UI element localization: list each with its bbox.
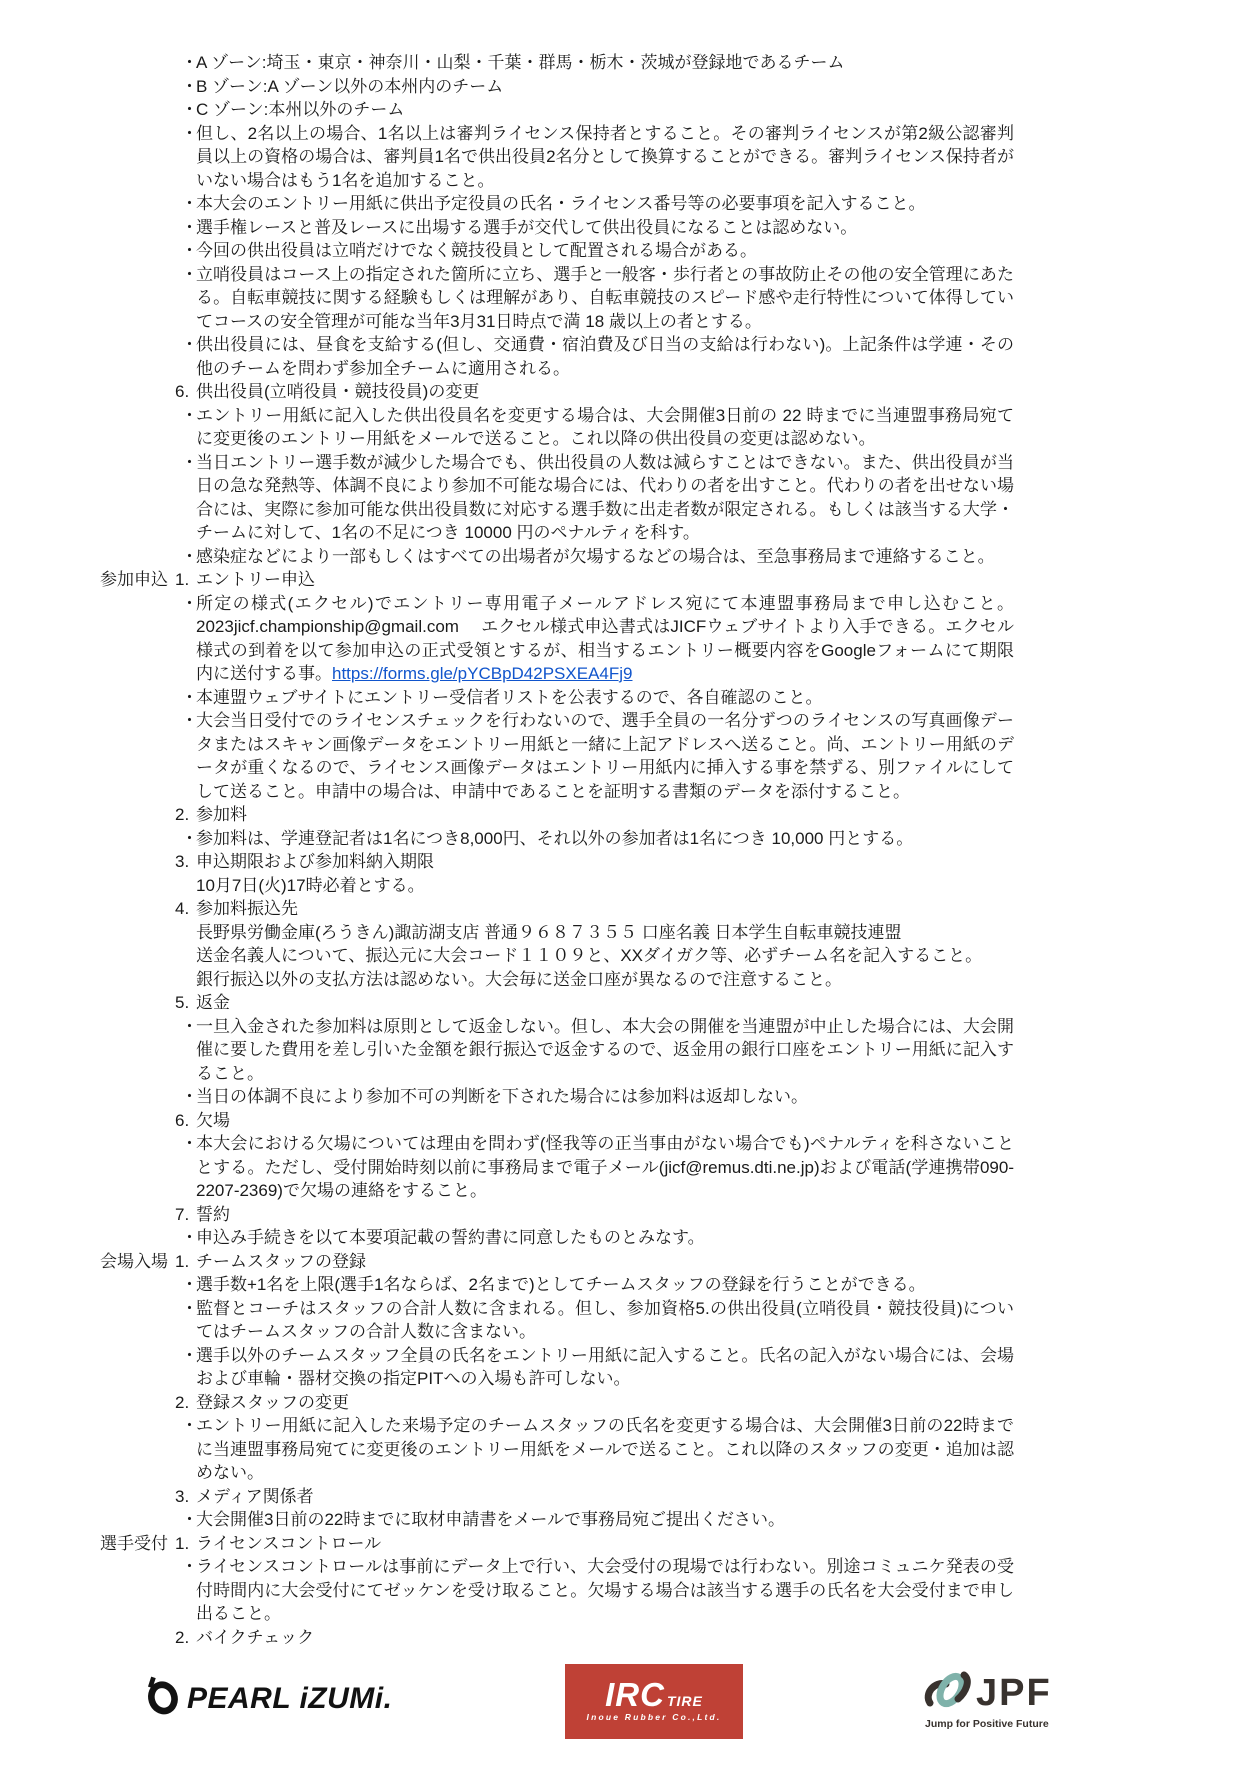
paragraph-text: 参加料振込先 — [196, 899, 298, 918]
paragraph-text: 今回の供出役員は立哨だけでなく競技役員として配置される場合がある。 — [196, 241, 757, 260]
bullet-marker: ・ — [181, 1132, 198, 1156]
text-run: 監督とコーチはスタッフの合計人数に含まれる。但し、参加資格5.の供出役員(立哨役… — [196, 1299, 1014, 1342]
paragraph: ・本大会のエントリー用紙に供出予定役員の氏名・ライセンス番号等の必要事項を記入す… — [196, 192, 1014, 216]
text-run: 登録スタッフの変更 — [196, 1393, 349, 1412]
paragraph-text: 一旦入金された参加料は原則として返金しない。但し、本大会の開催を当連盟が中止した… — [196, 1017, 1014, 1083]
paragraph-text: エントリー用紙に記入した供出役員名を変更する場合は、大会開催3日前の 22 時ま… — [196, 406, 1014, 449]
paragraph-text: A ゾーン:埼玉・東京・神奈川・山梨・千葉・群馬・栃木・茨城が登録地であるチーム — [196, 53, 845, 72]
list-number: 4. — [175, 897, 189, 921]
text-run: エントリー用紙に記入した来場予定のチームスタッフの氏名を変更する場合は、大会開催… — [196, 1416, 1014, 1482]
bullet-marker: ・ — [181, 75, 198, 99]
text-run: A ゾーン:埼玉・東京・神奈川・山梨・千葉・群馬・栃木・茨城が登録地であるチーム — [196, 53, 845, 72]
irc-tire-logo: IRC TIRE Inoue Rubber Co.,Ltd. — [565, 1664, 743, 1739]
paragraph: 10月7日(火)17時必着とする。 — [196, 874, 1014, 898]
list-number: 1. — [175, 568, 189, 592]
text-run: 感染症などにより一部もしくはすべての出場者が欠場するなどの場合は、至急事務局まで… — [196, 547, 995, 566]
paragraph-text: 感染症などにより一部もしくはすべての出場者が欠場するなどの場合は、至急事務局まで… — [196, 547, 995, 566]
paragraph-text: 監督とコーチはスタッフの合計人数に含まれる。但し、参加資格5.の供出役員(立哨役… — [196, 1299, 1014, 1342]
paragraph: ・選手以外のチームスタッフ全員の氏名をエントリー用紙に記入すること。氏名の記入が… — [196, 1344, 1014, 1391]
text-run: エントリー申込 — [196, 570, 315, 589]
paragraph: ・所定の様式(エクセル)でエントリー専用電子メールアドレス宛にて本連盟事務局まで… — [196, 592, 1014, 686]
bullet-marker: ・ — [181, 122, 198, 146]
text-run: メディア関係者 — [196, 1487, 314, 1506]
paragraph: 選手受付1.ライセンスコントロール — [196, 1532, 1014, 1556]
paragraph-text: 選手権レースと普及レースに出場する選手が交代して供出役員になることは認めない。 — [196, 218, 857, 237]
bullet-marker: ・ — [181, 545, 198, 569]
list-number: 3. — [175, 1485, 189, 1509]
bullet-marker: ・ — [181, 709, 198, 733]
text-run: 10月7日(火)17時必着とする。 — [196, 876, 425, 895]
text-run: C ゾーン:本州以外のチーム — [196, 100, 404, 119]
text-run: 申込期限および参加料納入期限 — [196, 852, 434, 871]
paragraph: ・A ゾーン:埼玉・東京・神奈川・山梨・千葉・群馬・栃木・茨城が登録地であるチー… — [196, 51, 1014, 75]
bullet-marker: ・ — [181, 1555, 198, 1579]
paragraph: ・但し、2名以上の場合、1名以上は審判ライセンス保持者とすること。その審判ライセ… — [196, 122, 1014, 193]
paragraph-text: ライセンスコントロール — [196, 1534, 381, 1553]
margin-section-label: 参加申込 — [100, 568, 168, 592]
text-run: 大会当日受付でのライセンスチェックを行わないので、選手全員の一名分ずつのライセン… — [196, 711, 1014, 801]
bullet-marker: ・ — [181, 1297, 198, 1321]
paragraph: 2.バイクチェック — [196, 1626, 1014, 1650]
jpf-text: JPF — [976, 1673, 1052, 1713]
list-number: 2. — [175, 803, 189, 827]
text-run: ライセンスコントロールは事前にデータ上で行い、大会受付の現場では行わない。別途コ… — [196, 1557, 1014, 1623]
text-run: ライセンスコントロール — [196, 1534, 381, 1553]
paragraph: 3.申込期限および参加料納入期限 — [196, 850, 1014, 874]
margin-section-label: 選手受付 — [100, 1532, 168, 1556]
paragraph-text: 返金 — [196, 993, 230, 1012]
pearl-izumi-logo: PEARL iZUMi. — [143, 1676, 392, 1721]
paragraph: 6.欠場 — [196, 1109, 1014, 1133]
text-run: 供出役員には、昼食を支給する(但し、交通費・宿泊費及び日当の支給は行わない)。上… — [196, 335, 1014, 378]
margin-section-label: 会場入場 — [100, 1250, 168, 1274]
bullet-marker: ・ — [181, 1273, 198, 1297]
list-number: 1. — [175, 1532, 189, 1556]
irc-wordmark: IRC TIRE — [605, 1681, 703, 1709]
irc-company-text: Inoue Rubber Co.,Ltd. — [587, 1712, 722, 1722]
paragraph-text: バイクチェック — [196, 1628, 314, 1647]
bullet-marker: ・ — [181, 686, 198, 710]
paragraph: ・エントリー用紙に記入した来場予定のチームスタッフの氏名を変更する場合は、大会開… — [196, 1414, 1014, 1485]
paragraph-text: 参加料 — [196, 805, 247, 824]
paragraph-text: 長野県労働金庫(ろうきん)諏訪湖支店 普通９６８７３５５ 口座名義 日本学生自転… — [196, 923, 902, 942]
paragraph-text: 申込み手続きを以て本要項記載の誓約書に同意したものとみなす。 — [196, 1228, 705, 1247]
list-number: 5. — [175, 991, 189, 1015]
bullet-marker: ・ — [181, 1508, 198, 1532]
paragraph-text: メディア関係者 — [196, 1487, 314, 1506]
paragraph: 銀行振込以外の支払方法は認めない。大会毎に送金口座が異なるので注意すること。 — [196, 968, 1014, 992]
paragraph-text: 送金名義人について、振込元に大会コード１１０９と、XXダイガク等、必ずチーム名を… — [196, 946, 982, 965]
jpf-tagline: Jump for Positive Future — [925, 1718, 1049, 1730]
text-run: 送金名義人について、振込元に大会コード１１０９と、XXダイガク等、必ずチーム名を… — [196, 946, 982, 965]
paragraph-text: C ゾーン:本州以外のチーム — [196, 100, 404, 119]
paragraph-text: 供出役員(立哨役員・競技役員)の変更 — [196, 382, 479, 401]
paragraph-text: 当日の体調不良により参加不可の判断を下された場合には参加料は返却しない。 — [196, 1087, 808, 1106]
paragraph-text: 欠場 — [196, 1111, 230, 1130]
list-number: 1. — [175, 1250, 189, 1274]
bullet-marker: ・ — [181, 1015, 198, 1039]
paragraph: ・一旦入金された参加料は原則として返金しない。但し、本大会の開催を当連盟が中止し… — [196, 1015, 1014, 1086]
paragraph-text: 誓約 — [196, 1205, 230, 1224]
text-run: エントリー用紙に記入した供出役員名を変更する場合は、大会開催3日前の 22 時ま… — [196, 406, 1014, 449]
paragraph-text: 銀行振込以外の支払方法は認めない。大会毎に送金口座が異なるので注意すること。 — [196, 970, 842, 989]
paragraph-text: 但し、2名以上の場合、1名以上は審判ライセンス保持者とすること。その審判ライセン… — [196, 124, 1014, 190]
paragraph-text: 本大会における欠場については理由を問わず(怪我等の正当事由がない場合でも)ペナル… — [196, 1134, 1014, 1200]
text-run: 長野県労働金庫(ろうきん)諏訪湖支店 普通９６８７３５５ 口座名義 日本学生自転… — [196, 923, 902, 942]
bullet-marker: ・ — [181, 216, 198, 240]
text-run: 銀行振込以外の支払方法は認めない。大会毎に送金口座が異なるので注意すること。 — [196, 970, 842, 989]
jpf-wordmark-row: JPF — [922, 1668, 1052, 1717]
text-run: 選手数+1名を上限(選手1名ならば、2名まで)としてチームスタッフの登録を行うこ… — [196, 1275, 926, 1294]
bullet-marker: ・ — [181, 404, 198, 428]
list-number: 3. — [175, 850, 189, 874]
paragraph: 2.登録スタッフの変更 — [196, 1391, 1014, 1415]
text-run: チームスタッフの登録 — [196, 1252, 366, 1271]
paragraph: ・当日の体調不良により参加不可の判断を下された場合には参加料は返却しない。 — [196, 1085, 1014, 1109]
paragraph-text: 申込期限および参加料納入期限 — [196, 852, 434, 871]
text-run: 参加料振込先 — [196, 899, 298, 918]
text-run: B ゾーン:A ゾーン以外の本州内のチーム — [196, 77, 503, 96]
paragraph: ・参加料は、学連登記者は1名につき8,000円、それ以外の参加者は1名につき 1… — [196, 827, 1014, 851]
text-run: 選手以外のチームスタッフ全員の氏名をエントリー用紙に記入すること。氏名の記入がな… — [196, 1346, 1014, 1389]
document-body: ・A ゾーン:埼玉・東京・神奈川・山梨・千葉・群馬・栃木・茨城が登録地であるチー… — [196, 51, 1014, 1649]
list-number: 6. — [175, 380, 189, 404]
paragraph-text: 大会当日受付でのライセンスチェックを行わないので、選手全員の一名分ずつのライセン… — [196, 711, 1014, 801]
paragraph-text: 選手以外のチームスタッフ全員の氏名をエントリー用紙に記入すること。氏名の記入がな… — [196, 1346, 1014, 1389]
list-number: 2. — [175, 1391, 189, 1415]
paragraph-text: 本大会のエントリー用紙に供出予定役員の氏名・ライセンス番号等の必要事項を記入する… — [196, 194, 925, 213]
paragraph-text: 本連盟ウェブサイトにエントリー受信者リストを公表するので、各自確認のこと。 — [196, 688, 822, 707]
text-run: 供出役員(立哨役員・競技役員)の変更 — [196, 382, 479, 401]
bullet-marker: ・ — [181, 1414, 198, 1438]
bullet-marker: ・ — [181, 51, 198, 75]
pearl-izumi-wordmark: PEARL iZUMi. — [187, 1682, 392, 1716]
bullet-marker: ・ — [181, 1226, 198, 1250]
paragraph-text: 登録スタッフの変更 — [196, 1393, 349, 1412]
bullet-marker: ・ — [181, 333, 198, 357]
pearl-izumi-icon — [143, 1676, 181, 1721]
paragraph: 4.参加料振込先 — [196, 897, 1014, 921]
paragraph-text: B ゾーン:A ゾーン以外の本州内のチーム — [196, 77, 503, 96]
irc-main-text: IRC — [605, 1681, 665, 1709]
paragraph: 3.メディア関係者 — [196, 1485, 1014, 1509]
list-number: 7. — [175, 1203, 189, 1227]
text-run: 申込み手続きを以て本要項記載の誓約書に同意したものとみなす。 — [196, 1228, 705, 1247]
paragraph-text: 10月7日(火)17時必着とする。 — [196, 876, 425, 895]
document-page: ・A ゾーン:埼玉・東京・神奈川・山梨・千葉・群馬・栃木・茨城が登録地であるチー… — [0, 0, 1242, 1769]
sponsor-footer: PEARL iZUMi. IRC TIRE Inoue Rubber Co.,L… — [0, 1650, 1242, 1769]
paragraph-text: ライセンスコントロールは事前にデータ上で行い、大会受付の現場では行わない。別途コ… — [196, 1557, 1014, 1623]
list-number: 2. — [175, 1626, 189, 1650]
paragraph: 長野県労働金庫(ろうきん)諏訪湖支店 普通９６８７３５５ 口座名義 日本学生自転… — [196, 921, 1014, 945]
paragraph: 2.参加料 — [196, 803, 1014, 827]
paragraph-text: 立哨役員はコース上の指定された箇所に立ち、選手と一般客・歩行者との事故防止その他… — [196, 265, 1014, 331]
entry-form-link[interactable]: https://forms.gle/pYCBpD42PSXEA4Fj9 — [332, 664, 632, 683]
paragraph-text: 当日エントリー選手数が減少した場合でも、供出役員の人数は減らすことはできない。ま… — [196, 453, 1014, 543]
list-number: 6. — [175, 1109, 189, 1133]
paragraph-text: チームスタッフの登録 — [196, 1252, 366, 1271]
paragraph: ・B ゾーン:A ゾーン以外の本州内のチーム — [196, 75, 1014, 99]
text-run: 但し、2名以上の場合、1名以上は審判ライセンス保持者とすること。その審判ライセン… — [196, 124, 1014, 190]
text-run: 今回の供出役員は立哨だけでなく競技役員として配置される場合がある。 — [196, 241, 757, 260]
paragraph-text: 供出役員には、昼食を支給する(但し、交通費・宿泊費及び日当の支給は行わない)。上… — [196, 335, 1014, 378]
bullet-marker: ・ — [181, 827, 198, 851]
paragraph: ・本大会における欠場については理由を問わず(怪我等の正当事由がない場合でも)ペナ… — [196, 1132, 1014, 1203]
bullet-marker: ・ — [181, 263, 198, 287]
paragraph-text: エントリー申込 — [196, 570, 315, 589]
bullet-marker: ・ — [181, 451, 198, 475]
paragraph: ・供出役員には、昼食を支給する(但し、交通費・宿泊費及び日当の支給は行わない)。… — [196, 333, 1014, 380]
bullet-marker: ・ — [181, 239, 198, 263]
jpf-logo: JPF Jump for Positive Future — [922, 1668, 1052, 1730]
paragraph: ・大会開催3日前の22時までに取材申請書をメールで事務局宛ご提出ください。 — [196, 1508, 1014, 1532]
irc-tire-text: TIRE — [667, 1693, 703, 1709]
paragraph: 6.供出役員(立哨役員・競技役員)の変更 — [196, 380, 1014, 404]
text-run: 選手権レースと普及レースに出場する選手が交代して供出役員になることは認めない。 — [196, 218, 857, 237]
text-run: 当日の体調不良により参加不可の判断を下された場合には参加料は返却しない。 — [196, 1087, 808, 1106]
jpf-icon — [922, 1668, 974, 1717]
text-run: 本大会における欠場については理由を問わず(怪我等の正当事由がない場合でも)ペナル… — [196, 1134, 1014, 1200]
text-run: 返金 — [196, 993, 230, 1012]
text-run: 誓約 — [196, 1205, 230, 1224]
text-run: 本大会のエントリー用紙に供出予定役員の氏名・ライセンス番号等の必要事項を記入する… — [196, 194, 925, 213]
text-run: 本連盟ウェブサイトにエントリー受信者リストを公表するので、各自確認のこと。 — [196, 688, 822, 707]
paragraph-text: 参加料は、学連登記者は1名につき8,000円、それ以外の参加者は1名につき 10… — [196, 829, 913, 848]
text-run: 参加料は、学連登記者は1名につき8,000円、それ以外の参加者は1名につき 10… — [196, 829, 913, 848]
text-run: 一旦入金された参加料は原則として返金しない。但し、本大会の開催を当連盟が中止した… — [196, 1017, 1014, 1083]
bullet-marker: ・ — [181, 1085, 198, 1109]
paragraph: ・今回の供出役員は立哨だけでなく競技役員として配置される場合がある。 — [196, 239, 1014, 263]
paragraph: ・監督とコーチはスタッフの合計人数に含まれる。但し、参加資格5.の供出役員(立哨… — [196, 1297, 1014, 1344]
paragraph: ・エントリー用紙に記入した供出役員名を変更する場合は、大会開催3日前の 22 時… — [196, 404, 1014, 451]
bullet-marker: ・ — [181, 1344, 198, 1368]
paragraph-text: 大会開催3日前の22時までに取材申請書をメールで事務局宛ご提出ください。 — [196, 1510, 785, 1529]
paragraph: ・選手数+1名を上限(選手1名ならば、2名まで)としてチームスタッフの登録を行う… — [196, 1273, 1014, 1297]
bullet-marker: ・ — [181, 98, 198, 122]
paragraph: ・当日エントリー選手数が減少した場合でも、供出役員の人数は減らすことはできない。… — [196, 451, 1014, 545]
paragraph: 送金名義人について、振込元に大会コード１１０９と、XXダイガク等、必ずチーム名を… — [196, 944, 1014, 968]
paragraph-text: 選手数+1名を上限(選手1名ならば、2名まで)としてチームスタッフの登録を行うこ… — [196, 1275, 926, 1294]
text-run: 立哨役員はコース上の指定された箇所に立ち、選手と一般客・歩行者との事故防止その他… — [196, 265, 1014, 331]
paragraph: 7.誓約 — [196, 1203, 1014, 1227]
text-run: バイクチェック — [196, 1628, 314, 1647]
paragraph: 5.返金 — [196, 991, 1014, 1015]
paragraph: ・C ゾーン:本州以外のチーム — [196, 98, 1014, 122]
paragraph: ・申込み手続きを以て本要項記載の誓約書に同意したものとみなす。 — [196, 1226, 1014, 1250]
paragraph: ・立哨役員はコース上の指定された箇所に立ち、選手と一般客・歩行者との事故防止その… — [196, 263, 1014, 334]
paragraph: ・本連盟ウェブサイトにエントリー受信者リストを公表するので、各自確認のこと。 — [196, 686, 1014, 710]
paragraph: 参加申込1.エントリー申込 — [196, 568, 1014, 592]
paragraph: ・ライセンスコントロールは事前にデータ上で行い、大会受付の現場では行わない。別途… — [196, 1555, 1014, 1626]
paragraph: ・選手権レースと普及レースに出場する選手が交代して供出役員になることは認めない。 — [196, 216, 1014, 240]
paragraph: 会場入場1.チームスタッフの登録 — [196, 1250, 1014, 1274]
paragraph: ・大会当日受付でのライセンスチェックを行わないので、選手全員の一名分ずつのライセ… — [196, 709, 1014, 803]
text-run: 欠場 — [196, 1111, 230, 1130]
paragraph-text: 所定の様式(エクセル)でエントリー専用電子メールアドレス宛にて本連盟事務局まで申… — [196, 594, 1014, 684]
text-run: 当日エントリー選手数が減少した場合でも、供出役員の人数は減らすことはできない。ま… — [196, 453, 1014, 543]
paragraph-text: エントリー用紙に記入した来場予定のチームスタッフの氏名を変更する場合は、大会開催… — [196, 1416, 1014, 1482]
bullet-marker: ・ — [181, 592, 198, 616]
paragraph: ・感染症などにより一部もしくはすべての出場者が欠場するなどの場合は、至急事務局ま… — [196, 545, 1014, 569]
text-run: 参加料 — [196, 805, 247, 824]
text-run: 大会開催3日前の22時までに取材申請書をメールで事務局宛ご提出ください。 — [196, 1510, 785, 1529]
bullet-marker: ・ — [181, 192, 198, 216]
